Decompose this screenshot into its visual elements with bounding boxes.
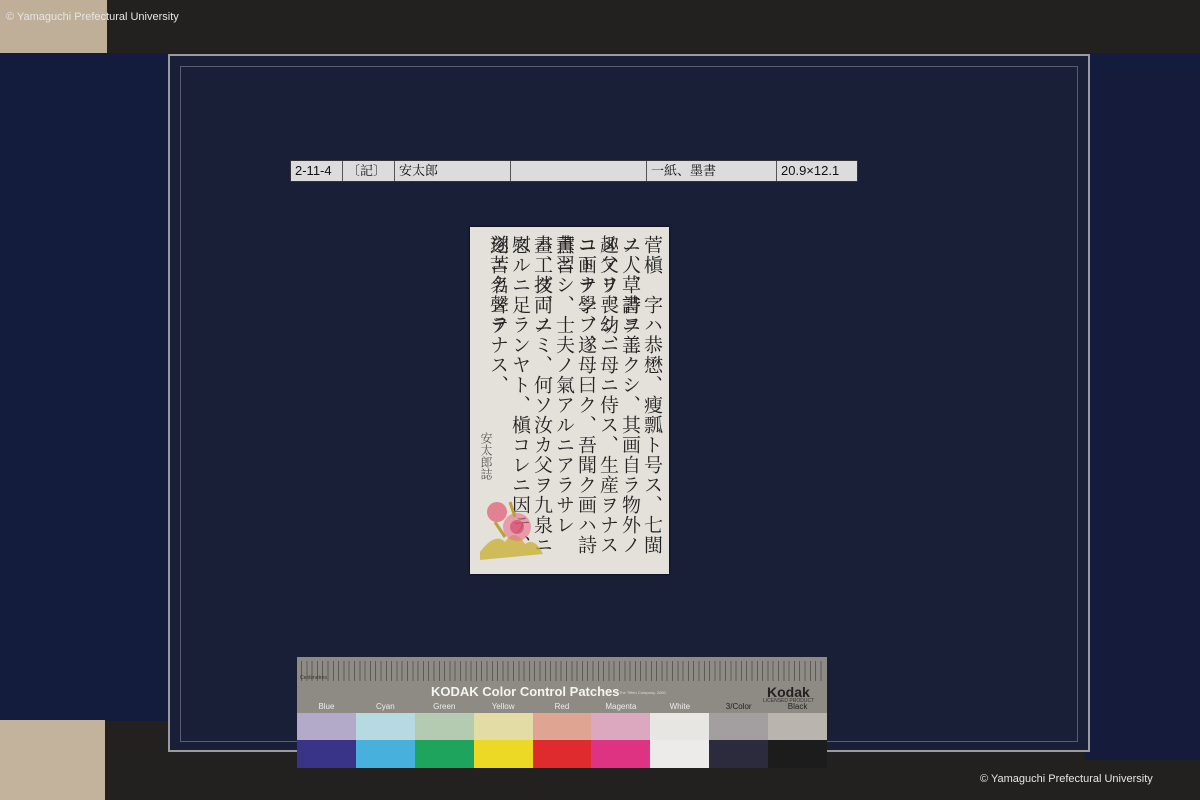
backing-paper-bottom bbox=[0, 720, 105, 800]
patch-label: 3/Color bbox=[709, 702, 768, 711]
navy-cloth-right bbox=[1085, 70, 1200, 760]
catalog-blank bbox=[511, 161, 647, 181]
watermark-top-left: © Yamaguchi Prefectural University bbox=[6, 11, 179, 23]
patch-label: Yellow bbox=[474, 702, 533, 711]
patch-dark bbox=[297, 740, 356, 768]
dark-patch-row bbox=[297, 740, 827, 768]
patch-label: Cyan bbox=[356, 702, 415, 711]
patch-labels: Blue Cyan Green Yellow Red Magenta White… bbox=[297, 702, 827, 711]
flower-painting-icon bbox=[475, 482, 545, 562]
target-copyright: © The Tiffen Company, 2000 bbox=[615, 690, 666, 695]
patch-dark bbox=[650, 740, 709, 768]
patch-light bbox=[356, 713, 415, 741]
catalog-size: 20.9×12.1 bbox=[777, 161, 857, 181]
catalog-label: 2-11-4 〔記〕 安太郎 一紙、墨書 20.9×12.1 bbox=[290, 160, 858, 182]
patch-light bbox=[768, 713, 827, 741]
document-column: 遂ニ名聲ヲナス、 bbox=[487, 235, 509, 395]
patch-light bbox=[709, 713, 768, 741]
patch-dark bbox=[474, 740, 533, 768]
patch-dark bbox=[591, 740, 650, 768]
watermark-bottom-right: © Yamaguchi Prefectural University bbox=[980, 773, 1153, 785]
patch-light bbox=[650, 713, 709, 741]
patch-dark bbox=[709, 740, 768, 768]
catalog-type: 〔記〕 bbox=[343, 161, 395, 181]
backing-paper-top bbox=[0, 0, 107, 60]
patch-dark bbox=[533, 740, 592, 768]
light-patch-row bbox=[297, 713, 827, 741]
target-title: KODAK Color Control Patches bbox=[431, 684, 620, 699]
ruler-ticks bbox=[301, 661, 823, 681]
patch-dark bbox=[415, 740, 474, 768]
patch-light bbox=[474, 713, 533, 741]
kodak-color-target: Centimetres KODAK Color Control Patches … bbox=[297, 657, 827, 772]
catalog-id: 2-11-4 bbox=[291, 161, 343, 181]
patch-label: Blue bbox=[297, 702, 356, 711]
patch-light bbox=[415, 713, 474, 741]
patch-dark bbox=[356, 740, 415, 768]
patch-light bbox=[297, 713, 356, 741]
patch-label: Green bbox=[415, 702, 474, 711]
patch-label: Black bbox=[768, 702, 827, 711]
ruler-cm-label: Centimetres bbox=[300, 675, 327, 681]
patch-label: Magenta bbox=[591, 702, 650, 711]
patch-light bbox=[533, 713, 592, 741]
calligraphy-document: 菅槇 字ハ恭懋、瘦瓢ト号ス、七閩ノ人、詩ニ工 ニ、草書ヲ善クシ、其画自ラ物外ノ趣… bbox=[470, 227, 669, 574]
catalog-author: 安太郎 bbox=[395, 161, 511, 181]
patch-label: White bbox=[650, 702, 709, 711]
catalog-material: 一紙、墨書 bbox=[647, 161, 777, 181]
signature: 安太郎誌 bbox=[478, 432, 495, 480]
patch-light bbox=[591, 713, 650, 741]
patch-label: Red bbox=[533, 702, 592, 711]
patch-dark bbox=[768, 740, 827, 768]
